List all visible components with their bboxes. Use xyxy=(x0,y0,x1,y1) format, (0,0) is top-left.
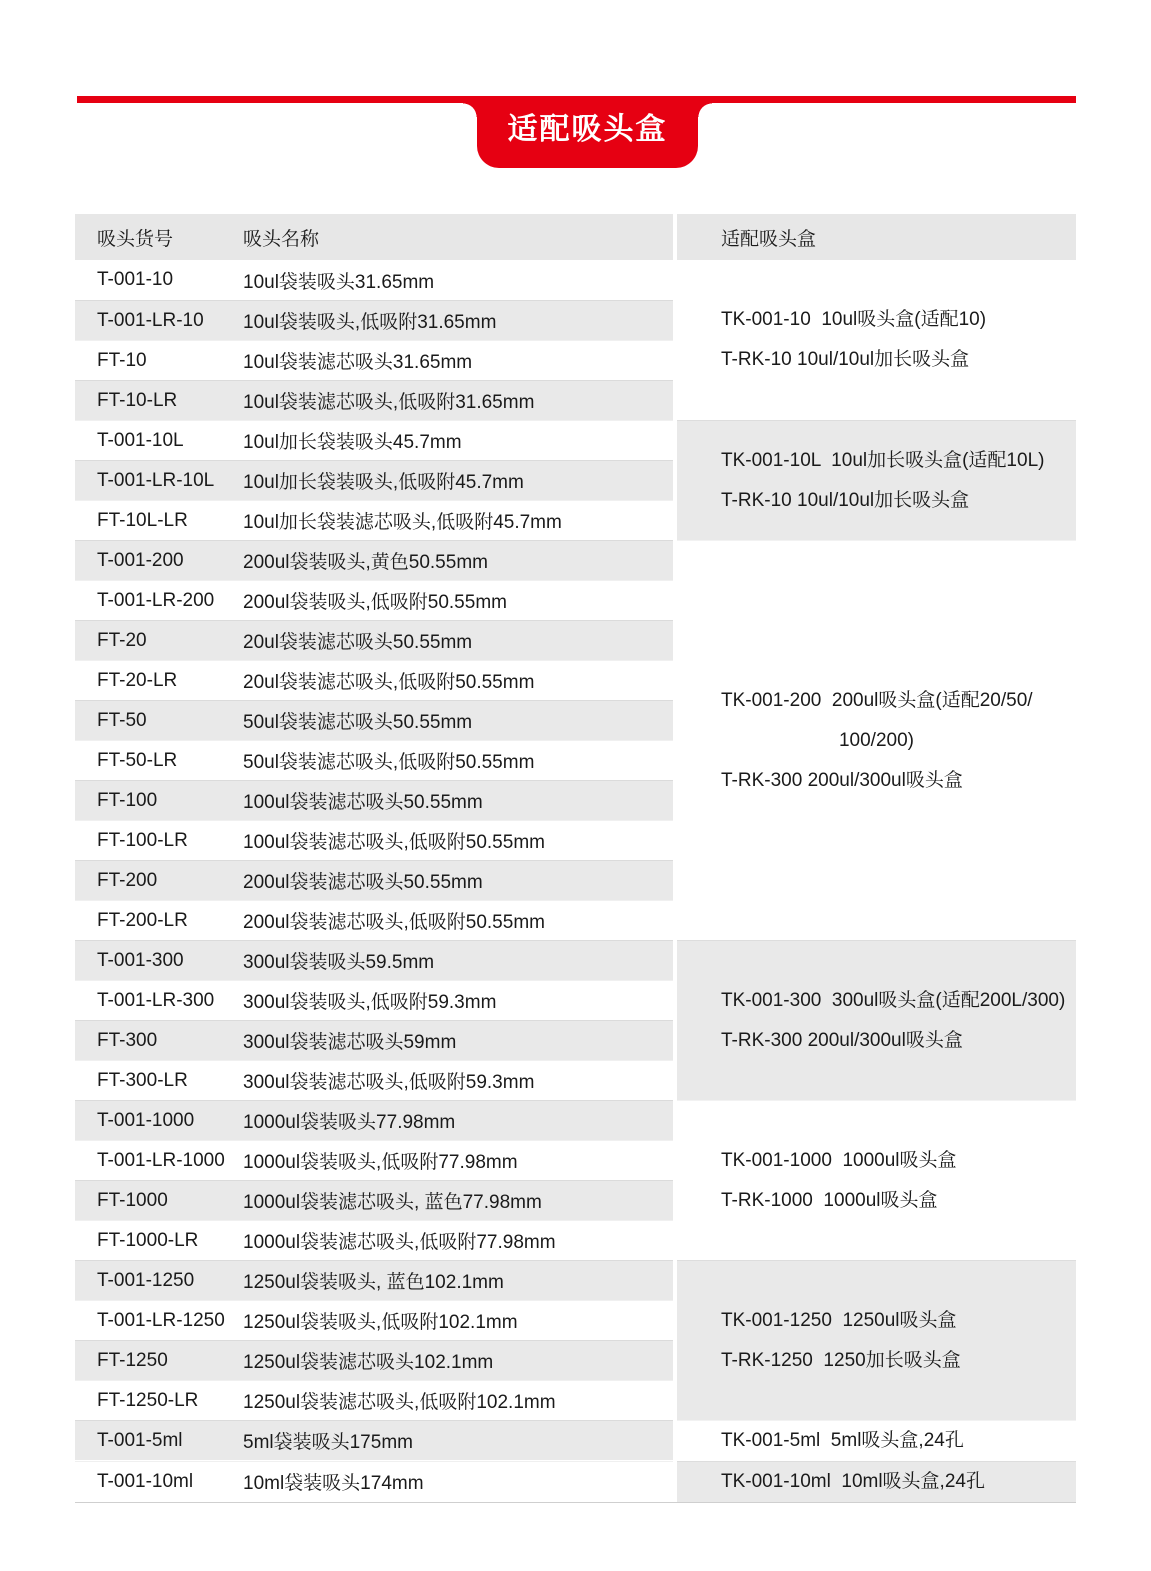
tip-name: 100ul袋装滤芯吸头,低吸附50.55mm xyxy=(243,827,673,854)
group-left-rows: T-001-5ml5ml袋装吸头175mm xyxy=(75,1420,673,1461)
tip-part-number: T-001-1000 xyxy=(97,1110,243,1132)
compatible-box-cell: TK-001-1250 1250ul吸头盒T-RK-1250 1250加长吸头盒 xyxy=(677,1260,1076,1420)
compatible-box-line: 100/200) xyxy=(677,721,1076,761)
header-tip-name: 吸头名称 xyxy=(243,224,319,251)
tip-name: 5ml袋装吸头175mm xyxy=(243,1427,673,1454)
tip-name: 10ul加长袋装滤芯吸头,低吸附45.7mm xyxy=(243,507,673,534)
compatible-box-cell: TK-001-10ml 10ml吸头盒,24孔 xyxy=(677,1461,1076,1502)
tip-part-number: T-001-LR-1000 xyxy=(97,1150,243,1172)
tip-part-number: FT-50 xyxy=(97,710,243,732)
table-row: FT-1250-LR1250ul袋装滤芯吸头,低吸附102.1mm xyxy=(75,1380,673,1420)
tip-name: 10ul袋装吸头,低吸附31.65mm xyxy=(243,307,673,334)
group-left-rows: T-001-10001000ul袋装吸头77.98mmT-001-LR-1000… xyxy=(75,1100,673,1260)
table-row: FT-100100ul袋装滤芯吸头50.55mm xyxy=(75,780,673,820)
compatible-box-line: T-RK-300 200ul/300ul吸头盒 xyxy=(677,761,1076,801)
table-row: T-001-300300ul袋装吸头59.5mm xyxy=(75,940,673,980)
tip-name: 1000ul袋装滤芯吸头, 蓝色77.98mm xyxy=(243,1187,673,1214)
compat-table: 吸头货号 吸头名称 适配吸头盒 T-001-1010ul袋装吸头31.65mmT… xyxy=(75,214,1076,1503)
table-row: T-001-10L10ul加长袋装吸头45.7mm xyxy=(75,420,673,460)
table-row: FT-300-LR300ul袋装滤芯吸头,低吸附59.3mm xyxy=(75,1060,673,1100)
compatible-box-line: T-RK-1250 1250加长吸头盒 xyxy=(677,1341,1076,1381)
compatible-box-line: TK-001-1250 1250ul吸头盒 xyxy=(677,1301,1076,1341)
table-row: FT-2020ul袋装滤芯吸头50.55mm xyxy=(75,620,673,660)
tip-part-number: FT-10-LR xyxy=(97,390,243,412)
compatible-box-cell: TK-001-300 300ul吸头盒(适配200L/300)T-RK-300 … xyxy=(677,940,1076,1100)
tip-part-number: T-001-1250 xyxy=(97,1270,243,1292)
table-row: T-001-LR-1010ul袋装吸头,低吸附31.65mm xyxy=(75,300,673,340)
table-row: FT-5050ul袋装滤芯吸头50.55mm xyxy=(75,700,673,740)
tip-part-number: T-001-10ml xyxy=(97,1471,243,1493)
tip-name: 10ul袋装滤芯吸头31.65mm xyxy=(243,347,673,374)
tip-part-number: T-001-LR-10L xyxy=(97,470,243,492)
tip-name: 1000ul袋装吸头,低吸附77.98mm xyxy=(243,1147,673,1174)
group-left-rows: T-001-12501250ul袋装吸头, 蓝色102.1mmT-001-LR-… xyxy=(75,1260,673,1420)
table-row: T-001-LR-10001000ul袋装吸头,低吸附77.98mm xyxy=(75,1140,673,1180)
tip-part-number: T-001-LR-1250 xyxy=(97,1310,243,1332)
table-row: FT-10L-LR10ul加长袋装滤芯吸头,低吸附45.7mm xyxy=(75,500,673,540)
group-left-rows: T-001-10L10ul加长袋装吸头45.7mmT-001-LR-10L10u… xyxy=(75,420,673,540)
compatible-box-cell: TK-001-1000 1000ul吸头盒T-RK-1000 1000ul吸头盒 xyxy=(677,1100,1076,1260)
tip-part-number: FT-1250 xyxy=(97,1350,243,1372)
table-row: FT-1010ul袋装滤芯吸头31.65mm xyxy=(75,340,673,380)
tip-name: 10ul加长袋装吸头,低吸附45.7mm xyxy=(243,467,673,494)
tab-flare-right xyxy=(698,103,712,117)
tip-part-number: FT-10 xyxy=(97,350,243,372)
tip-name: 20ul袋装滤芯吸头50.55mm xyxy=(243,627,673,654)
tip-name: 300ul袋装吸头59.5mm xyxy=(243,947,673,974)
compatible-box-line: T-RK-1000 1000ul吸头盒 xyxy=(677,1181,1076,1221)
tip-name: 200ul袋装滤芯吸头,低吸附50.55mm xyxy=(243,907,673,934)
tip-name: 100ul袋装滤芯吸头50.55mm xyxy=(243,787,673,814)
tip-part-number: FT-1250-LR xyxy=(97,1390,243,1412)
compatible-box-cell: TK-001-200 200ul吸头盒(适配20/50/100/200)T-RK… xyxy=(677,540,1076,940)
tip-part-number: FT-200-LR xyxy=(97,910,243,932)
tip-part-number: T-001-5ml xyxy=(97,1430,243,1452)
tip-part-number: FT-300-LR xyxy=(97,1070,243,1092)
tip-name: 1000ul袋装滤芯吸头,低吸附77.98mm xyxy=(243,1227,673,1254)
tip-part-number: T-001-LR-10 xyxy=(97,310,243,332)
tip-part-number: T-001-300 xyxy=(97,950,243,972)
tip-part-number: FT-20 xyxy=(97,630,243,652)
table-row: FT-300300ul袋装滤芯吸头59mm xyxy=(75,1020,673,1060)
table-row: T-001-LR-12501250ul袋装吸头,低吸附102.1mm xyxy=(75,1300,673,1340)
table-row: FT-20-LR20ul袋装滤芯吸头,低吸附50.55mm xyxy=(75,660,673,700)
tip-name: 20ul袋装滤芯吸头,低吸附50.55mm xyxy=(243,667,673,694)
table-group: T-001-10L10ul加长袋装吸头45.7mmT-001-LR-10L10u… xyxy=(75,420,1076,540)
group-left-rows: T-001-200200ul袋装吸头,黄色50.55mmT-001-LR-200… xyxy=(75,540,673,940)
tip-part-number: FT-50-LR xyxy=(97,750,243,772)
group-left-rows: T-001-300300ul袋装吸头59.5mmT-001-LR-300300u… xyxy=(75,940,673,1100)
table-row: T-001-10ml10ml袋装吸头174mm xyxy=(75,1461,673,1501)
compatible-box-cell: TK-001-10 10ul吸头盒(适配10)T-RK-10 10ul/10ul… xyxy=(677,260,1076,420)
table-row: FT-12501250ul袋装滤芯吸头102.1mm xyxy=(75,1340,673,1380)
tip-part-number: FT-20-LR xyxy=(97,670,243,692)
group-left-rows: T-001-10ml10ml袋装吸头174mm xyxy=(75,1461,673,1502)
table-row: FT-200-LR200ul袋装滤芯吸头,低吸附50.55mm xyxy=(75,900,673,940)
tip-part-number: FT-10L-LR xyxy=(97,510,243,532)
table-row: T-001-LR-200200ul袋装吸头,低吸附50.55mm xyxy=(75,580,673,620)
compatible-box-line: T-RK-10 10ul/10ul加长吸头盒 xyxy=(677,481,1076,521)
tip-name: 300ul袋装滤芯吸头59mm xyxy=(243,1027,673,1054)
tip-name: 300ul袋装吸头,低吸附59.3mm xyxy=(243,987,673,1014)
tip-name: 300ul袋装滤芯吸头,低吸附59.3mm xyxy=(243,1067,673,1094)
tip-name: 10ul袋装吸头31.65mm xyxy=(243,267,673,294)
tip-part-number: FT-200 xyxy=(97,870,243,892)
table-group: T-001-200200ul袋装吸头,黄色50.55mmT-001-LR-200… xyxy=(75,540,1076,940)
tip-name: 50ul袋装滤芯吸头,低吸附50.55mm xyxy=(243,747,673,774)
header-tip-part-number: 吸头货号 xyxy=(97,224,243,251)
page-title: 适配吸头盒 xyxy=(508,115,668,149)
tip-name: 1250ul袋装滤芯吸头,低吸附102.1mm xyxy=(243,1387,673,1414)
tip-name: 200ul袋装吸头,黄色50.55mm xyxy=(243,547,673,574)
compatible-box-line: TK-001-5ml 5ml吸头盒,24孔 xyxy=(677,1421,1076,1461)
compatible-box-line: TK-001-300 300ul吸头盒(适配200L/300) xyxy=(677,981,1076,1021)
table-header: 吸头货号 吸头名称 适配吸头盒 xyxy=(75,214,1076,260)
table-group: T-001-12501250ul袋装吸头, 蓝色102.1mmT-001-LR-… xyxy=(75,1260,1076,1420)
header-left: 吸头货号 吸头名称 xyxy=(75,214,673,260)
tip-part-number: T-001-10 xyxy=(97,269,243,291)
table-row: T-001-200200ul袋装吸头,黄色50.55mm xyxy=(75,540,673,580)
tip-part-number: T-001-200 xyxy=(97,550,243,572)
tip-part-number: T-001-10L xyxy=(97,430,243,452)
tip-part-number: FT-100 xyxy=(97,790,243,812)
tip-name: 10ml袋装吸头174mm xyxy=(243,1468,673,1495)
tip-name: 1250ul袋装吸头, 蓝色102.1mm xyxy=(243,1267,673,1294)
table-row: FT-10-LR10ul袋装滤芯吸头,低吸附31.65mm xyxy=(75,380,673,420)
tip-name: 1250ul袋装滤芯吸头102.1mm xyxy=(243,1347,673,1374)
tip-part-number: FT-1000 xyxy=(97,1190,243,1212)
catalog-page: 适配吸头盒 吸头货号 吸头名称 适配吸头盒 T-001-1010ul袋装吸头31… xyxy=(0,0,1151,1571)
tip-part-number: T-001-LR-200 xyxy=(97,590,243,612)
table-group: T-001-10001000ul袋装吸头77.98mmT-001-LR-1000… xyxy=(75,1100,1076,1260)
table-row: FT-1000-LR1000ul袋装滤芯吸头,低吸附77.98mm xyxy=(75,1220,673,1260)
table-body: T-001-1010ul袋装吸头31.65mmT-001-LR-1010ul袋装… xyxy=(75,260,1076,1503)
table-row: T-001-12501250ul袋装吸头, 蓝色102.1mm xyxy=(75,1260,673,1300)
table-group: T-001-5ml5ml袋装吸头175mmTK-001-5ml 5ml吸头盒,2… xyxy=(75,1420,1076,1461)
header-compatible-box: 适配吸头盒 xyxy=(677,214,1076,260)
tip-name: 1000ul袋装吸头77.98mm xyxy=(243,1107,673,1134)
compatible-box-line: TK-001-10ml 10ml吸头盒,24孔 xyxy=(677,1462,1076,1502)
table-row: FT-200200ul袋装滤芯吸头50.55mm xyxy=(75,860,673,900)
table-row: FT-10001000ul袋装滤芯吸头, 蓝色77.98mm xyxy=(75,1180,673,1220)
compatible-box-line: TK-001-1000 1000ul吸头盒 xyxy=(677,1141,1076,1181)
compatible-box-line: TK-001-200 200ul吸头盒(适配20/50/ xyxy=(677,681,1076,721)
compatible-box-line: TK-001-10L 10ul加长吸头盒(适配10L) xyxy=(677,441,1076,481)
tip-name: 1250ul袋装吸头,低吸附102.1mm xyxy=(243,1307,673,1334)
table-row: FT-50-LR50ul袋装滤芯吸头,低吸附50.55mm xyxy=(75,740,673,780)
tip-name: 10ul加长袋装吸头45.7mm xyxy=(243,427,673,454)
table-group: T-001-300300ul袋装吸头59.5mmT-001-LR-300300u… xyxy=(75,940,1076,1100)
table-row: T-001-LR-300300ul袋装吸头,低吸附59.3mm xyxy=(75,980,673,1020)
banner-tab: 适配吸头盒 xyxy=(477,96,698,168)
table-group: T-001-10ml10ml袋装吸头174mmTK-001-10ml 10ml吸… xyxy=(75,1461,1076,1502)
tip-name: 200ul袋装滤芯吸头50.55mm xyxy=(243,867,673,894)
tip-name: 10ul袋装滤芯吸头,低吸附31.65mm xyxy=(243,387,673,414)
tab-flare-left xyxy=(463,103,477,117)
compatible-box-line: T-RK-10 10ul/10ul加长吸头盒 xyxy=(677,340,1076,380)
compatible-box-cell: TK-001-10L 10ul加长吸头盒(适配10L)T-RK-10 10ul/… xyxy=(677,420,1076,540)
table-row: T-001-LR-10L10ul加长袋装吸头,低吸附45.7mm xyxy=(75,460,673,500)
tip-name: 200ul袋装吸头,低吸附50.55mm xyxy=(243,587,673,614)
tip-part-number: T-001-LR-300 xyxy=(97,990,243,1012)
table-group: T-001-1010ul袋装吸头31.65mmT-001-LR-1010ul袋装… xyxy=(75,260,1076,420)
table-row: T-001-1010ul袋装吸头31.65mm xyxy=(75,260,673,300)
compatible-box-cell: TK-001-5ml 5ml吸头盒,24孔 xyxy=(677,1420,1076,1461)
tip-part-number: FT-300 xyxy=(97,1030,243,1052)
group-left-rows: T-001-1010ul袋装吸头31.65mmT-001-LR-1010ul袋装… xyxy=(75,260,673,420)
compatible-box-line: T-RK-300 200ul/300ul吸头盒 xyxy=(677,1021,1076,1061)
tip-name: 50ul袋装滤芯吸头50.55mm xyxy=(243,707,673,734)
table-row: T-001-10001000ul袋装吸头77.98mm xyxy=(75,1100,673,1140)
table-row: T-001-5ml5ml袋装吸头175mm xyxy=(75,1420,673,1460)
table-row: FT-100-LR100ul袋装滤芯吸头,低吸附50.55mm xyxy=(75,820,673,860)
compatible-box-line: TK-001-10 10ul吸头盒(适配10) xyxy=(677,300,1076,340)
tip-part-number: FT-100-LR xyxy=(97,830,243,852)
tip-part-number: FT-1000-LR xyxy=(97,1230,243,1252)
